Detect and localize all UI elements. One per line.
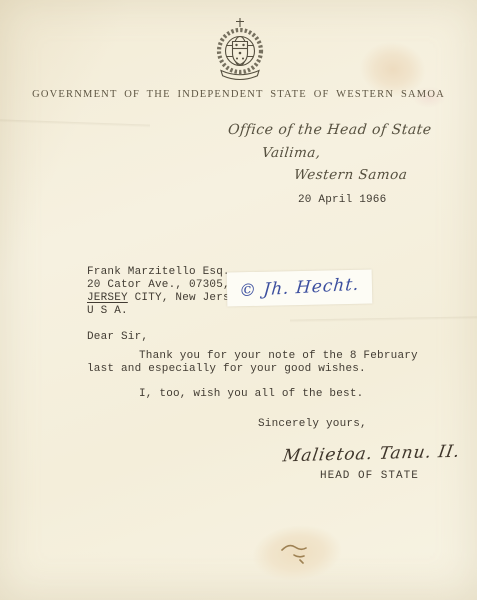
letterhead-office-line: Office of the Head of State (227, 122, 432, 138)
western-samoa-coat-of-arms-icon (206, 17, 274, 81)
paper-crease (0, 119, 150, 127)
signatory-title: HEAD OF STATE (320, 470, 419, 482)
date-line: 20 April 1966 (298, 194, 386, 206)
signature-handwritten: Malietoa. Tanu. II. (282, 442, 462, 467)
collector-mark-text: © Jh. Hecht. (238, 275, 360, 302)
recipient-name: Frank Marzitello Esq., (87, 266, 237, 278)
letterhead-place-line: Vailima, (261, 145, 321, 161)
recipient-street: 20 Cator Ave., 07305, (87, 279, 230, 291)
collector-mark-sticker: © Jh. Hecht. (227, 269, 373, 306)
recipient-city-underlined: JERSEY (87, 292, 128, 304)
body-paragraph1-line1: Thank you for your note of the 8 Februar… (139, 350, 418, 362)
recipient-city: JERSEY CITY, New Jersey (87, 292, 243, 304)
letterhead-country-line: Western Samoa (293, 167, 408, 183)
recipient-city-rest: CITY, New Jersey (128, 292, 244, 304)
scanned-letter-page: GOVERNMENT OF THE INDEPENDENT STATE OF W… (0, 0, 477, 600)
brown-mark-bottom (278, 538, 322, 568)
recipient-country: U S A. (87, 305, 128, 317)
body-paragraph2: I, too, wish you all of the best. (139, 388, 363, 400)
salutation: Dear Sir, (87, 331, 148, 343)
closing-line: Sincerely yours, (258, 418, 367, 430)
paper-crease (290, 316, 477, 322)
body-paragraph1-line2: last and especially for your good wishes… (87, 363, 366, 375)
letterhead-government-line: GOVERNMENT OF THE INDEPENDENT STATE OF W… (0, 89, 477, 100)
